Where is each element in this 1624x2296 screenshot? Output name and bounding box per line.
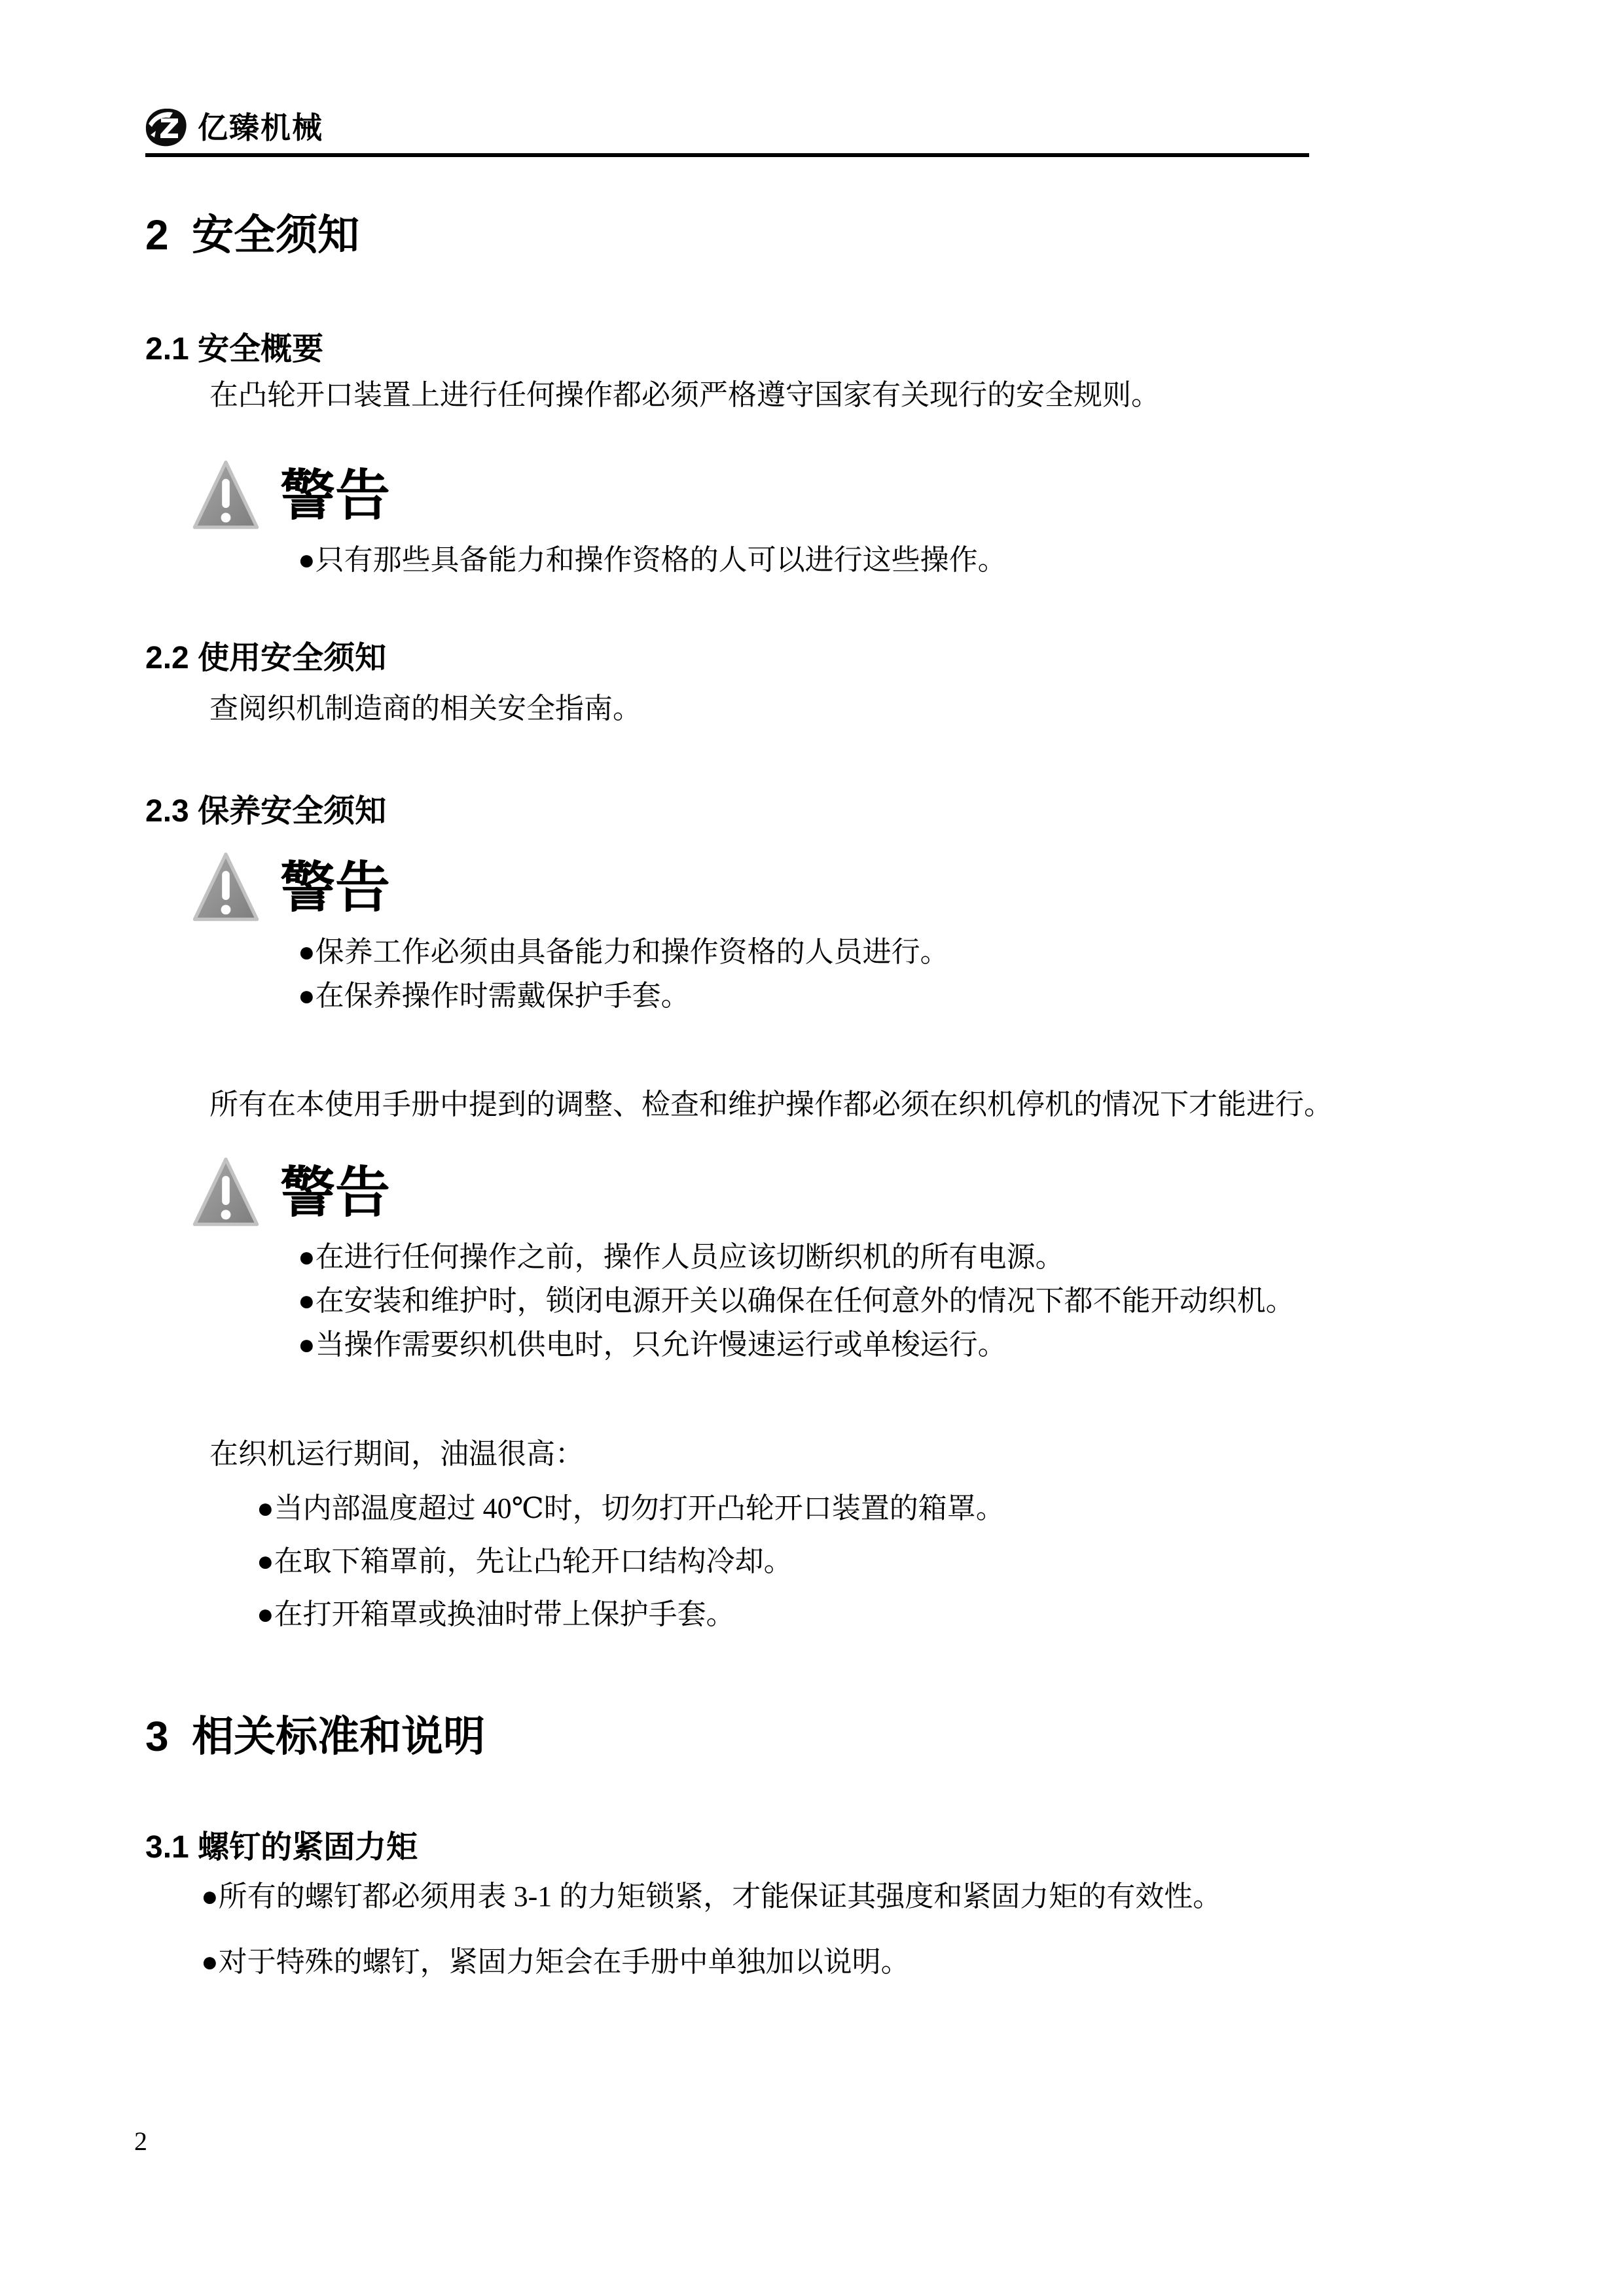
oil-temp-paragraph: 在织机运行期间，油温很高： xyxy=(209,1436,1476,1472)
warning-block-2: 警告 ●保养工作必须由具备能力和操作资格的人员进行。 ●在保养操作时需戴保护手套… xyxy=(191,852,1476,1014)
page-number: 2 xyxy=(134,2128,147,2155)
oil-bullet: ●当内部温度超过 40℃时，切勿打开凸轮开口装置的箱罩。 xyxy=(257,1490,1476,1526)
warning-label: 警告 xyxy=(280,1165,390,1220)
manual-page: 亿臻机械 2 安全须知 2.1 安全概要 在凸轮开口装置上进行任何操作都必须严格… xyxy=(0,0,1624,2296)
warning-label: 警告 xyxy=(280,860,390,915)
warning-block-1: 警告 ●只有那些具备能力和操作资格的人可以进行这些操作。 xyxy=(191,459,1476,578)
warning-bullet: ●在进行任何操作之前，操作人员应该切断织机的所有电源。 xyxy=(298,1239,1476,1275)
warning-triangle-icon xyxy=(191,459,261,531)
oil-bullet: ●在打开箱罩或换油时带上保护手套。 xyxy=(257,1596,1476,1632)
section-3-title: 3 相关标准和说明 xyxy=(145,1712,1476,1762)
section-2-title: 2 安全须知 xyxy=(145,210,1476,260)
section-2-2-paragraph: 查阅织机制造商的相关安全指南。 xyxy=(209,691,1476,726)
brand-name: 亿臻机械 xyxy=(198,113,323,143)
page-content: 亿臻机械 2 安全须知 2.1 安全概要 在凸轮开口装置上进行任何操作都必须严格… xyxy=(0,109,1624,1980)
warning-head: 警告 xyxy=(191,852,1476,924)
warning-head: 警告 xyxy=(191,1157,1476,1229)
warning-bullet-list: ●只有那些具备能力和操作资格的人可以进行这些操作。 xyxy=(298,542,1476,578)
warning-block-3: 警告 ●在进行任何操作之前，操作人员应该切断织机的所有电源。 ●在安装和维护时，… xyxy=(191,1157,1476,1363)
torque-bullet: ●对于特殊的螺钉，紧固力矩会在手册中单独加以说明。 xyxy=(201,1944,1476,1980)
section-2-3-title: 2.3 保养安全须知 xyxy=(145,793,1476,831)
oil-bullet: ●在取下箱罩前，先让凸轮开口结构冷却。 xyxy=(257,1543,1476,1579)
maintenance-note-paragraph: 所有在本使用手册中提到的调整、检查和维护操作都必须在织机停机的情况下才能进行。 xyxy=(209,1086,1476,1122)
warning-bullet: ●当操作需要织机供电时，只允许慢速运行或单梭运行。 xyxy=(298,1327,1476,1363)
section-3-1-title: 3.1 螺钉的紧固力矩 xyxy=(145,1829,1476,1867)
warning-bullet: ●只有那些具备能力和操作资格的人可以进行这些操作。 xyxy=(298,542,1476,578)
warning-triangle-icon xyxy=(191,1157,261,1229)
page-header: 亿臻机械 xyxy=(145,109,1309,157)
warning-bullet-list: ●保养工作必须由具备能力和操作资格的人员进行。 ●在保养操作时需戴保护手套。 xyxy=(298,934,1476,1014)
warning-bullet-list: ●在进行任何操作之前，操作人员应该切断织机的所有电源。 ●在安装和维护时，锁闭电… xyxy=(298,1239,1476,1363)
warning-label: 警告 xyxy=(280,468,390,523)
warning-bullet: ●在安装和维护时，锁闭电源开关以确保在任何意外的情况下都不能开动织机。 xyxy=(298,1283,1476,1319)
torque-bullet: ●所有的螺钉都必须用表 3-1 的力矩锁紧，才能保证其强度和紧固力矩的有效性。 xyxy=(201,1878,1476,1914)
warning-bullet: ●在保养操作时需戴保护手套。 xyxy=(298,978,1476,1014)
brand-logo-icon xyxy=(145,109,187,147)
warning-head: 警告 xyxy=(191,459,1476,531)
section-2-1-title: 2.1 安全概要 xyxy=(145,331,1476,368)
warning-triangle-icon xyxy=(191,852,261,924)
section-2-2-title: 2.2 使用安全须知 xyxy=(145,639,1476,677)
warning-bullet: ●保养工作必须由具备能力和操作资格的人员进行。 xyxy=(298,934,1476,970)
section-2-1-paragraph: 在凸轮开口装置上进行任何操作都必须严格遵守国家有关现行的安全规则。 xyxy=(209,377,1476,413)
